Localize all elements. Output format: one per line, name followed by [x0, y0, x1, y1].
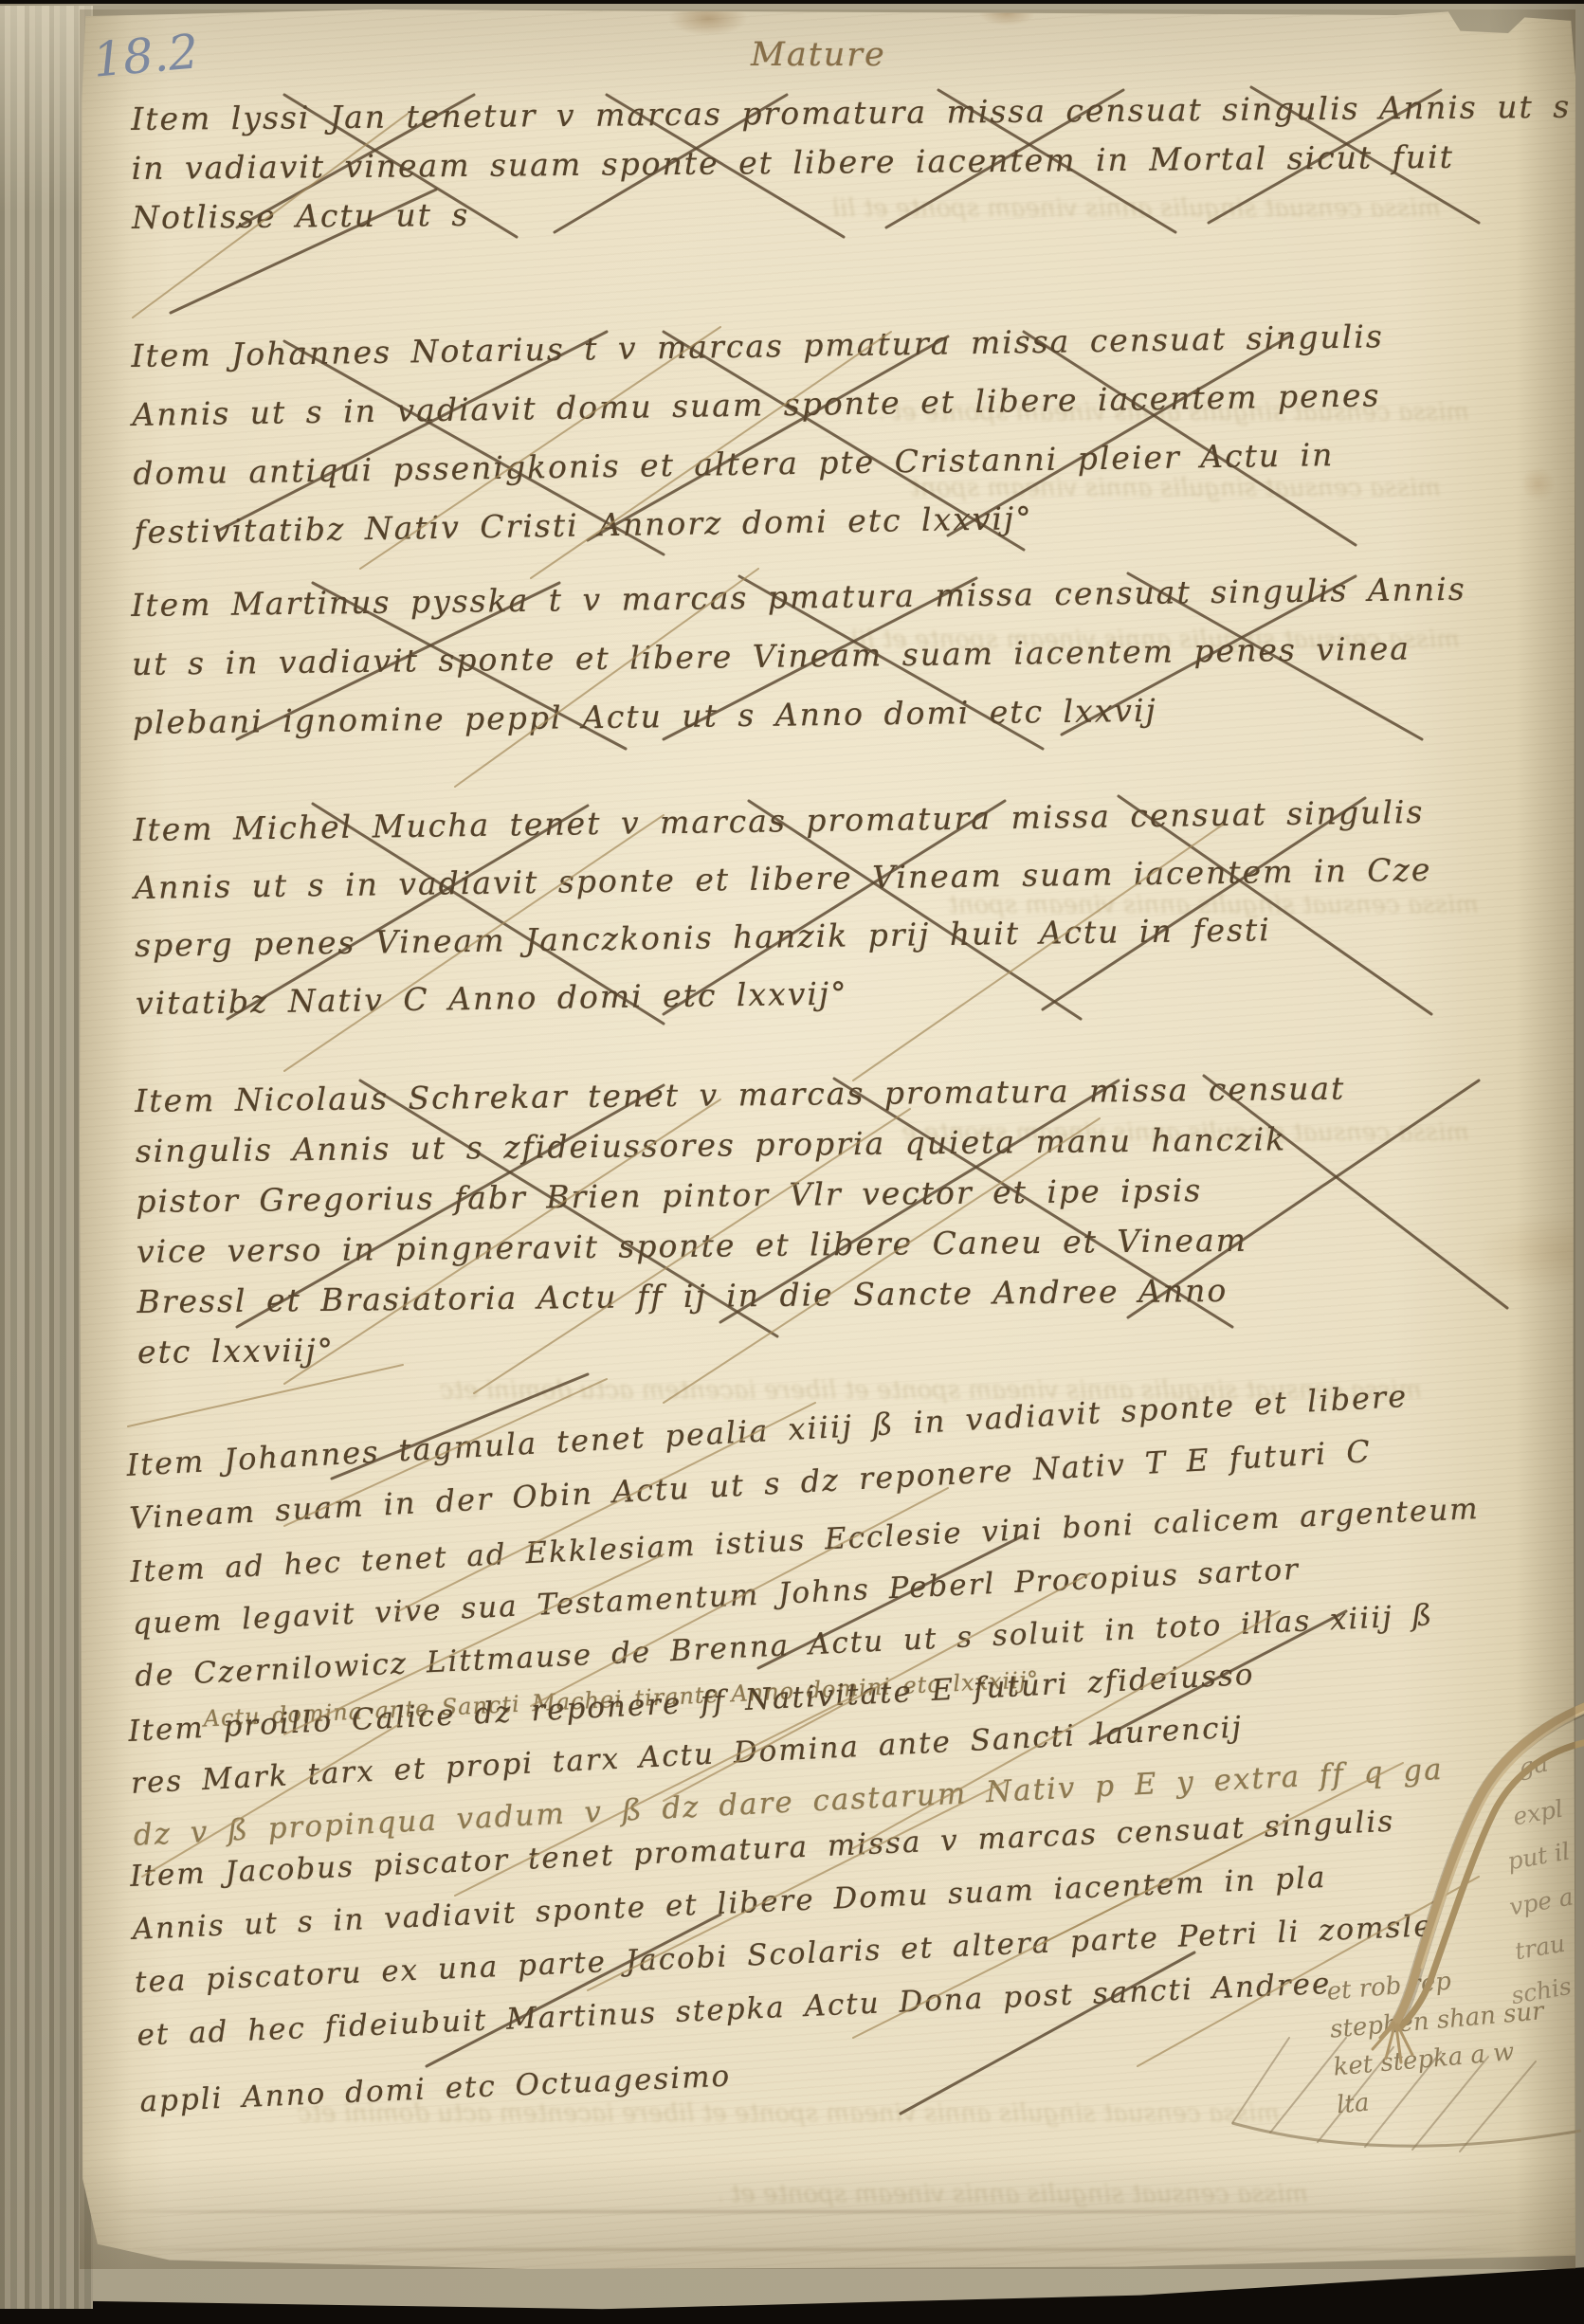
- margin-fragment: vpe a: [1507, 1882, 1575, 1920]
- manuscript-scan: missa censuat singulis annis vineam spon…: [0, 0, 1584, 2324]
- folio-number: 18.2: [91, 24, 201, 87]
- entry-9: Item Jacobus piscator tenet promatura mi…: [129, 1793, 1439, 2129]
- margin-fragment: put il: [1505, 1837, 1572, 1875]
- entry-3: Item Martinus pysska t v marcas pmatura …: [131, 560, 1468, 753]
- entry-2: Item Johannes Notarius t v marcas pmatur…: [131, 307, 1387, 562]
- paper-crease: [133, 2248, 1517, 2251]
- entry-1: Item lyssi Jan tenetur v marcas promatur…: [131, 82, 1572, 243]
- page-heading: Mature: [751, 36, 886, 74]
- margin-fragment: expl: [1511, 1795, 1565, 1831]
- paper-crease: [114, 2210, 1517, 2213]
- marginal-note: et rob rep stephen shan sur ket stepka a…: [1325, 1951, 1584, 2125]
- entry-5: Item Nicolaus Schrekar tenet v marcas pr…: [135, 1063, 1348, 1377]
- entry-4: Item Michel Mucha tenet v marcas promatu…: [133, 783, 1433, 1032]
- page-content: 18.2 Mature Item lyssi Jan tenetur v mar…: [0, 0, 1584, 2324]
- margin-fragment: ga: [1517, 1750, 1550, 1782]
